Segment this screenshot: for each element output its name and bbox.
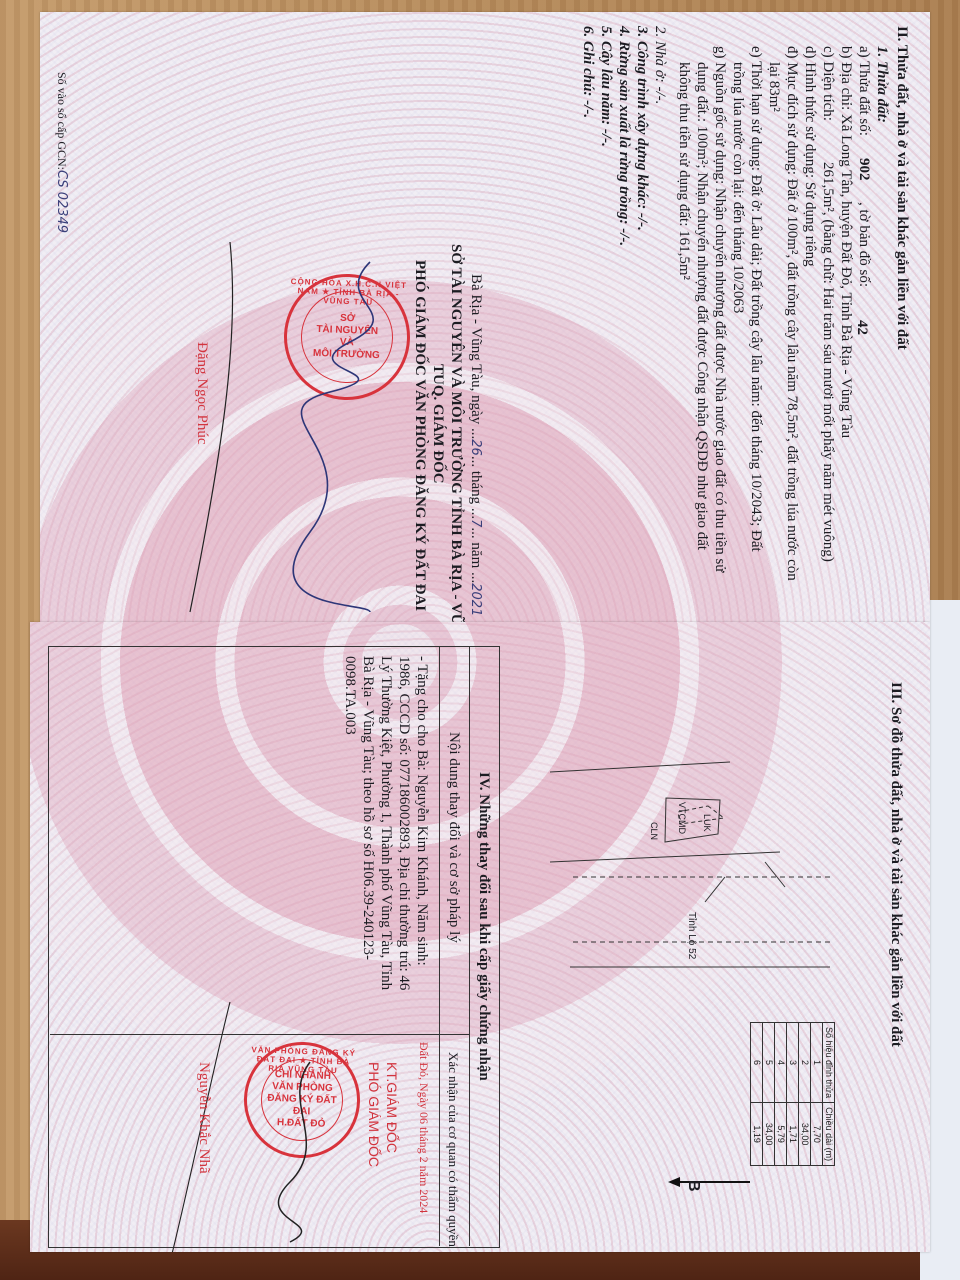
signature-strokes-right [30,622,930,1252]
land-certificate: II. Thửa đất, nhà ở và tài sản khác gắn … [0,0,960,1280]
page-section-iii-iv: III. Sơ đồ thửa đất, nhà ở và tài sản kh… [30,622,930,1252]
page-section-ii: II. Thửa đất, nhà ở và tài sản khác gắn … [40,12,930,622]
signature-strokes [40,12,930,622]
signer-name-right: Nguyễn Khắc Nhã [195,1062,212,1174]
register-number: Số vào sổ cấp GCN:CS 02349 [53,72,70,233]
signer-name: Đặng Ngọc Phúc [193,342,210,444]
